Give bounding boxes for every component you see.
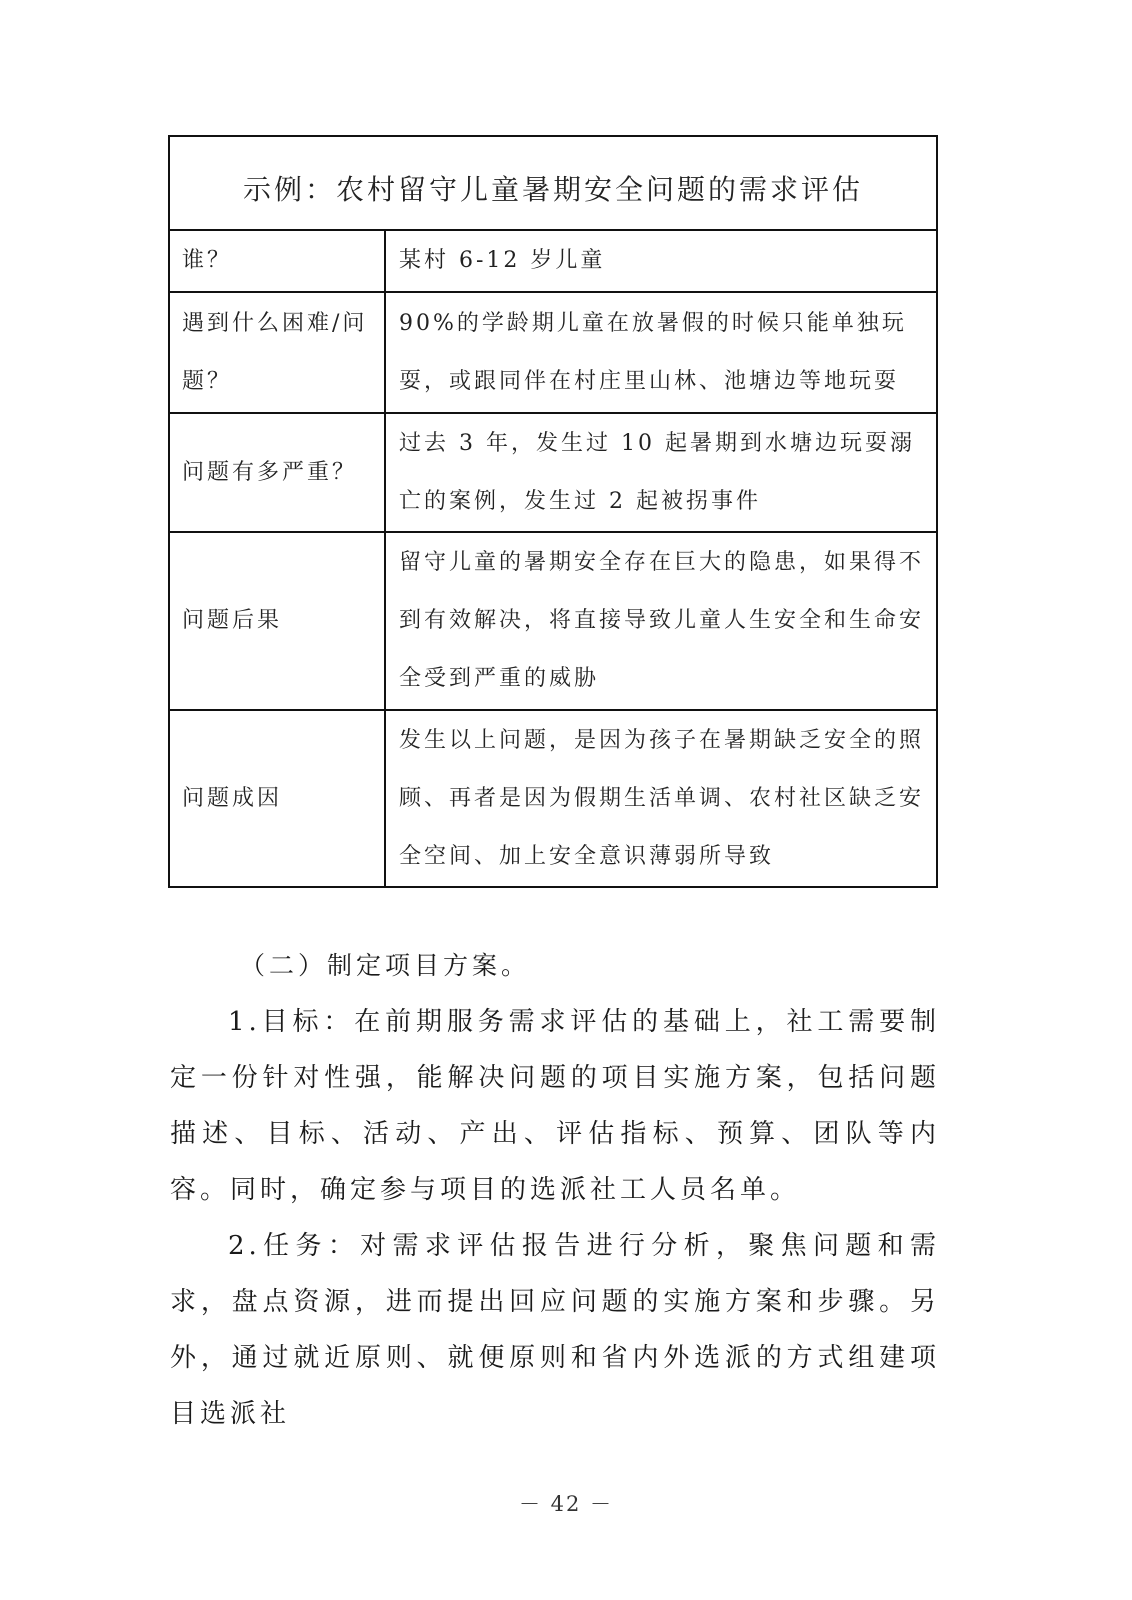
row-label-consequence: 问题后果 [169,532,385,710]
table-row: 问题有多严重？ 过去 3 年，发生过 10 起暑期到水塘边玩耍溺亡的案例，发生过… [169,413,937,532]
paragraph-goal: 1.目标：在前期服务需求评估的基础上，社工需要制定一份针对性强，能解决问题的项目… [170,994,940,1218]
row-value-cause: 发生以上问题，是因为孩子在暑期缺乏安全的照顾、再者是因为假期生活单调、农村社区缺… [385,710,937,887]
table-row: 谁？ 某村 6-12 岁儿童 [169,230,937,292]
table-title: 示例：农村留守儿童暑期安全问题的需求评估 [169,136,937,230]
row-value-difficulty: 90%的学龄期儿童在放暑假的时候只能单独玩耍，或跟同伴在村庄里山林、池塘边等地玩… [385,292,937,413]
row-value-severity: 过去 3 年，发生过 10 起暑期到水塘边玩耍溺亡的案例，发生过 2 起被拐事件 [385,413,937,532]
section-heading: （二）制定项目方案。 [240,938,1010,994]
row-label-difficulty: 遇到什么困难/问题？ [169,292,385,413]
row-label-who: 谁？ [169,230,385,292]
needs-assessment-table: 示例：农村留守儿童暑期安全问题的需求评估 谁？ 某村 6-12 岁儿童 遇到什么… [168,135,938,888]
row-value-consequence: 留守儿童的暑期安全存在巨大的隐患，如果得不到有效解决，将直接导致儿童人生安全和生… [385,532,937,710]
page-number: － 42 － [0,1488,1132,1518]
table-row: 问题后果 留守儿童的暑期安全存在巨大的隐患，如果得不到有效解决，将直接导致儿童人… [169,532,937,710]
document-page: 示例：农村留守儿童暑期安全问题的需求评估 谁？ 某村 6-12 岁儿童 遇到什么… [0,0,1132,1600]
table-title-row: 示例：农村留守儿童暑期安全问题的需求评估 [169,136,937,230]
table-row: 遇到什么困难/问题？ 90%的学龄期儿童在放暑假的时候只能单独玩耍，或跟同伴在村… [169,292,937,413]
table-row: 问题成因 发生以上问题，是因为孩子在暑期缺乏安全的照顾、再者是因为假期生活单调、… [169,710,937,887]
paragraph-task: 2.任务：对需求评估报告进行分析，聚焦问题和需求，盘点资源，进而提出回应问题的实… [170,1218,940,1442]
row-label-severity: 问题有多严重？ [169,413,385,532]
row-label-cause: 问题成因 [169,710,385,887]
row-value-who: 某村 6-12 岁儿童 [385,230,937,292]
